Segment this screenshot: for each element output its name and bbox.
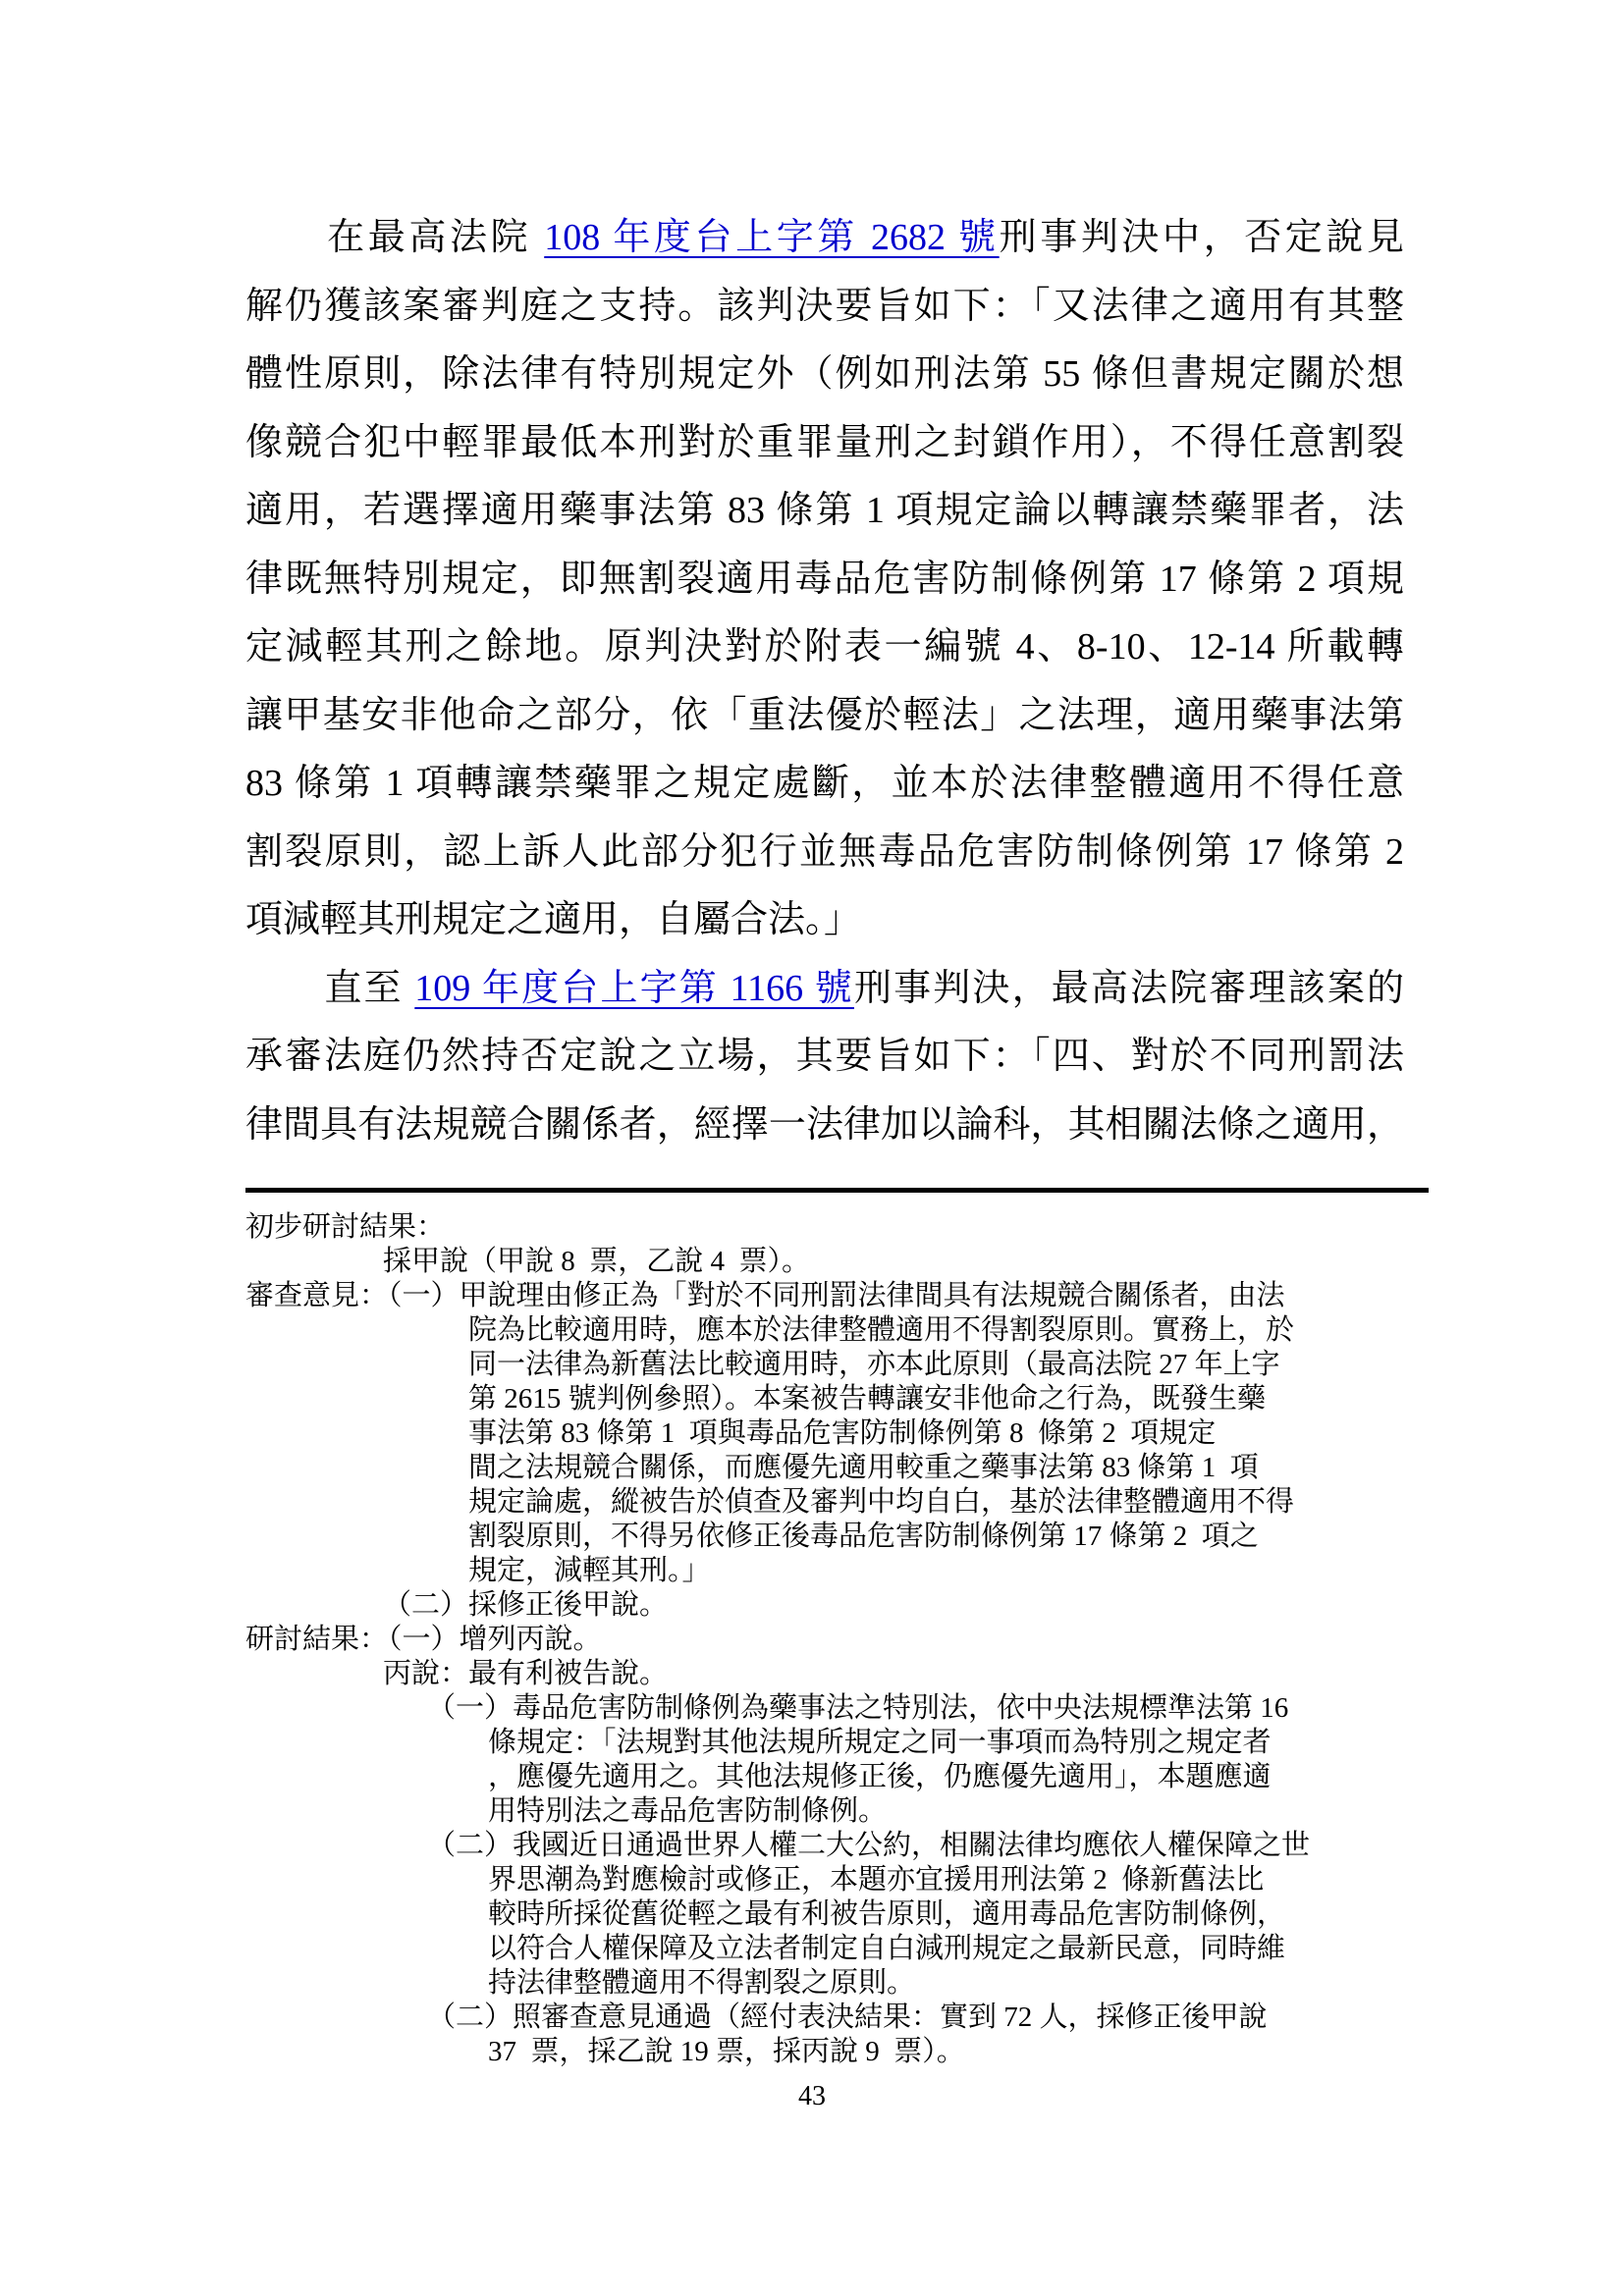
- main-text-segment: 83 條第 1 項轉讓禁藥罪之規定處斷，並本於法律整體適用不得任意: [245, 763, 1404, 804]
- footnote-line: 較時所採從舊從輕之最有利被告原則，適用毒品危害防制條例，: [245, 1897, 1394, 1932]
- main-text-segment: 定減輕其刑之餘地。原判決對於附表一編號 4、8-10、12-14 所載轉: [245, 626, 1404, 667]
- main-text-segment: 項減輕其刑規定之適用，自屬合法。」: [245, 899, 861, 940]
- main-text-segment: 刑事判決中，否定說見: [1000, 217, 1404, 258]
- main-text-line: 承審法庭仍然持否定說之立場，其要旨如下：「四、對於不同刑罰法: [245, 1023, 1404, 1092]
- main-text-segment: 律既無特別規定，即無割裂適用毒品危害防制條例第 17 條第 2 項規: [245, 559, 1404, 600]
- main-text-segment: 直至: [245, 968, 414, 1009]
- main-text-line: 在最高法院 108 年度台上字第 2682 號刑事判決中，否定說見: [245, 204, 1404, 273]
- footnote-line: 研討結果：（一）增列丙說。: [245, 1623, 1394, 1657]
- main-text-line: 割裂原則，認上訴人此部分犯行並無毒品危害防制條例第 17 條第 2: [245, 819, 1404, 887]
- footnote-block: 初步研討結果：採甲說（甲說 8 票，乙說 4 票）。審查意見：（一）甲說理由修正…: [245, 1210, 1394, 2069]
- page-number: 43: [0, 2079, 1624, 2113]
- case-citation-link[interactable]: 109 年度台上字第 1166 號: [414, 968, 854, 1009]
- main-text-segment: 像競合犯中輕罪最低本刑對於重罪量刑之封鎖作用），不得任意割裂: [245, 422, 1404, 463]
- footnote-line: 同一法律為新舊法比較適用時，亦本此原則（最高法院 27 年上字: [245, 1348, 1394, 1382]
- main-text-line: 體性原則，除法律有特別規定外（例如刑法第 55 條但書規定關於想: [245, 341, 1404, 409]
- footnote-line: ，應優先適用之。其他法規修正後，仍應優先適用」，本題應適: [245, 1760, 1394, 1794]
- footnote-line: 用特別法之毒品危害防制條例。: [245, 1794, 1394, 1829]
- main-text-segment: 體性原則，除法律有特別規定外（例如刑法第 55 條但書規定關於想: [245, 353, 1404, 395]
- main-text-segment: 在最高法院: [245, 217, 544, 258]
- footnote-line: 事法第 83 條第 1 項與毒品危害防制條例第 8 條第 2 項規定: [245, 1416, 1394, 1451]
- main-text-segment: 讓甲基安非他命之部分，依「重法優於輕法」之法理，適用藥事法第: [245, 695, 1404, 736]
- footnote-separator-rule: [245, 1188, 1429, 1193]
- footnote-line: 37 票，採乙說 19 票，採丙說 9 票）。: [245, 2035, 1394, 2069]
- footnote-line: （二）我國近日通過世界人權二大公約，相關法律均應依人權保障之世: [245, 1829, 1394, 1863]
- main-text-line: 直至 109 年度台上字第 1166 號刑事判決，最高法院審理該案的: [245, 955, 1404, 1024]
- footnote-line: 界思潮為對應檢討或修正，本題亦宜援用刑法第 2 條新舊法比: [245, 1863, 1394, 1897]
- footnote-line: 採甲說（甲說 8 票，乙說 4 票）。: [245, 1245, 1394, 1279]
- footnote-line: 第 2615 號判例參照）。本案被告轉讓安非他命之行為，既發生藥: [245, 1382, 1394, 1416]
- footnote-line: 割裂原則，不得另依修正後毒品危害防制條例第 17 條第 2 項之: [245, 1520, 1394, 1554]
- main-text-segment: 承審法庭仍然持否定說之立場，其要旨如下：「四、對於不同刑罰法: [245, 1036, 1404, 1077]
- footnote-line: 初步研討結果：: [245, 1210, 1394, 1245]
- footnote-line: 間之法規競合關係，而應優先適用較重之藥事法第 83 條第 1 項: [245, 1451, 1394, 1485]
- footnote-line: 丙說：最有利被告說。: [245, 1657, 1394, 1691]
- main-text-line: 83 條第 1 項轉讓禁藥罪之規定處斷，並本於法律整體適用不得任意: [245, 750, 1404, 819]
- footnote-line: （一）毒品危害防制條例為藥事法之特別法，依中央法規標準法第 16: [245, 1691, 1394, 1726]
- main-text-segment: 刑事判決，最高法院審理該案的: [854, 968, 1404, 1009]
- case-citation-link[interactable]: 108 年度台上字第 2682 號: [544, 217, 999, 258]
- main-text-line: 項減輕其刑規定之適用，自屬合法。」: [245, 886, 1404, 955]
- document-page: 在最高法院 108 年度台上字第 2682 號刑事判決中，否定說見解仍獲該案審判…: [0, 0, 1624, 2296]
- main-text-segment: 適用，若選擇適用藥事法第 83 條第 1 項規定論以轉讓禁藥罪者，法: [245, 490, 1404, 531]
- main-text-segment: 解仍獲該案審判庭之支持。該判決要旨如下：「又法律之適用有其整: [245, 286, 1404, 327]
- footnote-line: 院為比較適用時，應本於法律整體適用不得割裂原則。實務上，於: [245, 1313, 1394, 1348]
- main-text-line: 律間具有法規競合關係者，經擇一法律加以論科，其相關法條之適用，: [245, 1092, 1404, 1160]
- footnote-line: 以符合人權保障及立法者制定自白減刑規定之最新民意，同時維: [245, 1932, 1394, 1966]
- main-text-line: 律既無特別規定，即無割裂適用毒品危害防制條例第 17 條第 2 項規: [245, 546, 1404, 614]
- main-text-line: 定減輕其刑之餘地。原判決對於附表一編號 4、8-10、12-14 所載轉: [245, 614, 1404, 682]
- footnote-line: 審查意見：（一）甲說理由修正為「對於不同刑罰法律間具有法規競合關係者，由法: [245, 1279, 1394, 1313]
- main-text-segment: 律間具有法規競合關係者，經擇一法律加以論科，其相關法條之適用，: [245, 1104, 1404, 1146]
- main-text-block: 在最高法院 108 年度台上字第 2682 號刑事判決中，否定說見解仍獲該案審判…: [245, 204, 1404, 1159]
- footnote-line: 持法律整體適用不得割裂之原則。: [245, 1966, 1394, 2001]
- footnote-line: 規定，減輕其刑。」: [245, 1554, 1394, 1588]
- footnote-line: （二）採修正後甲說。: [245, 1588, 1394, 1623]
- main-text-line: 解仍獲該案審判庭之支持。該判決要旨如下：「又法律之適用有其整: [245, 273, 1404, 342]
- main-text-segment: 割裂原則，認上訴人此部分犯行並無毒品危害防制條例第 17 條第 2: [245, 831, 1404, 873]
- main-text-line: 讓甲基安非他命之部分，依「重法優於輕法」之法理，適用藥事法第: [245, 682, 1404, 751]
- main-text-line: 像競合犯中輕罪最低本刑對於重罪量刑之封鎖作用），不得任意割裂: [245, 409, 1404, 478]
- footnote-line: 規定論處，縱被告於偵查及審判中均自白，基於法律整體適用不得: [245, 1485, 1394, 1520]
- main-text-line: 適用，若選擇適用藥事法第 83 條第 1 項規定論以轉讓禁藥罪者，法: [245, 477, 1404, 546]
- footnote-line: 條規定：「法規對其他法規所規定之同一事項而為特別之規定者: [245, 1726, 1394, 1760]
- footnote-line: （二）照審查意見通過（經付表決結果：實到 72 人，採修正後甲說: [245, 2001, 1394, 2035]
